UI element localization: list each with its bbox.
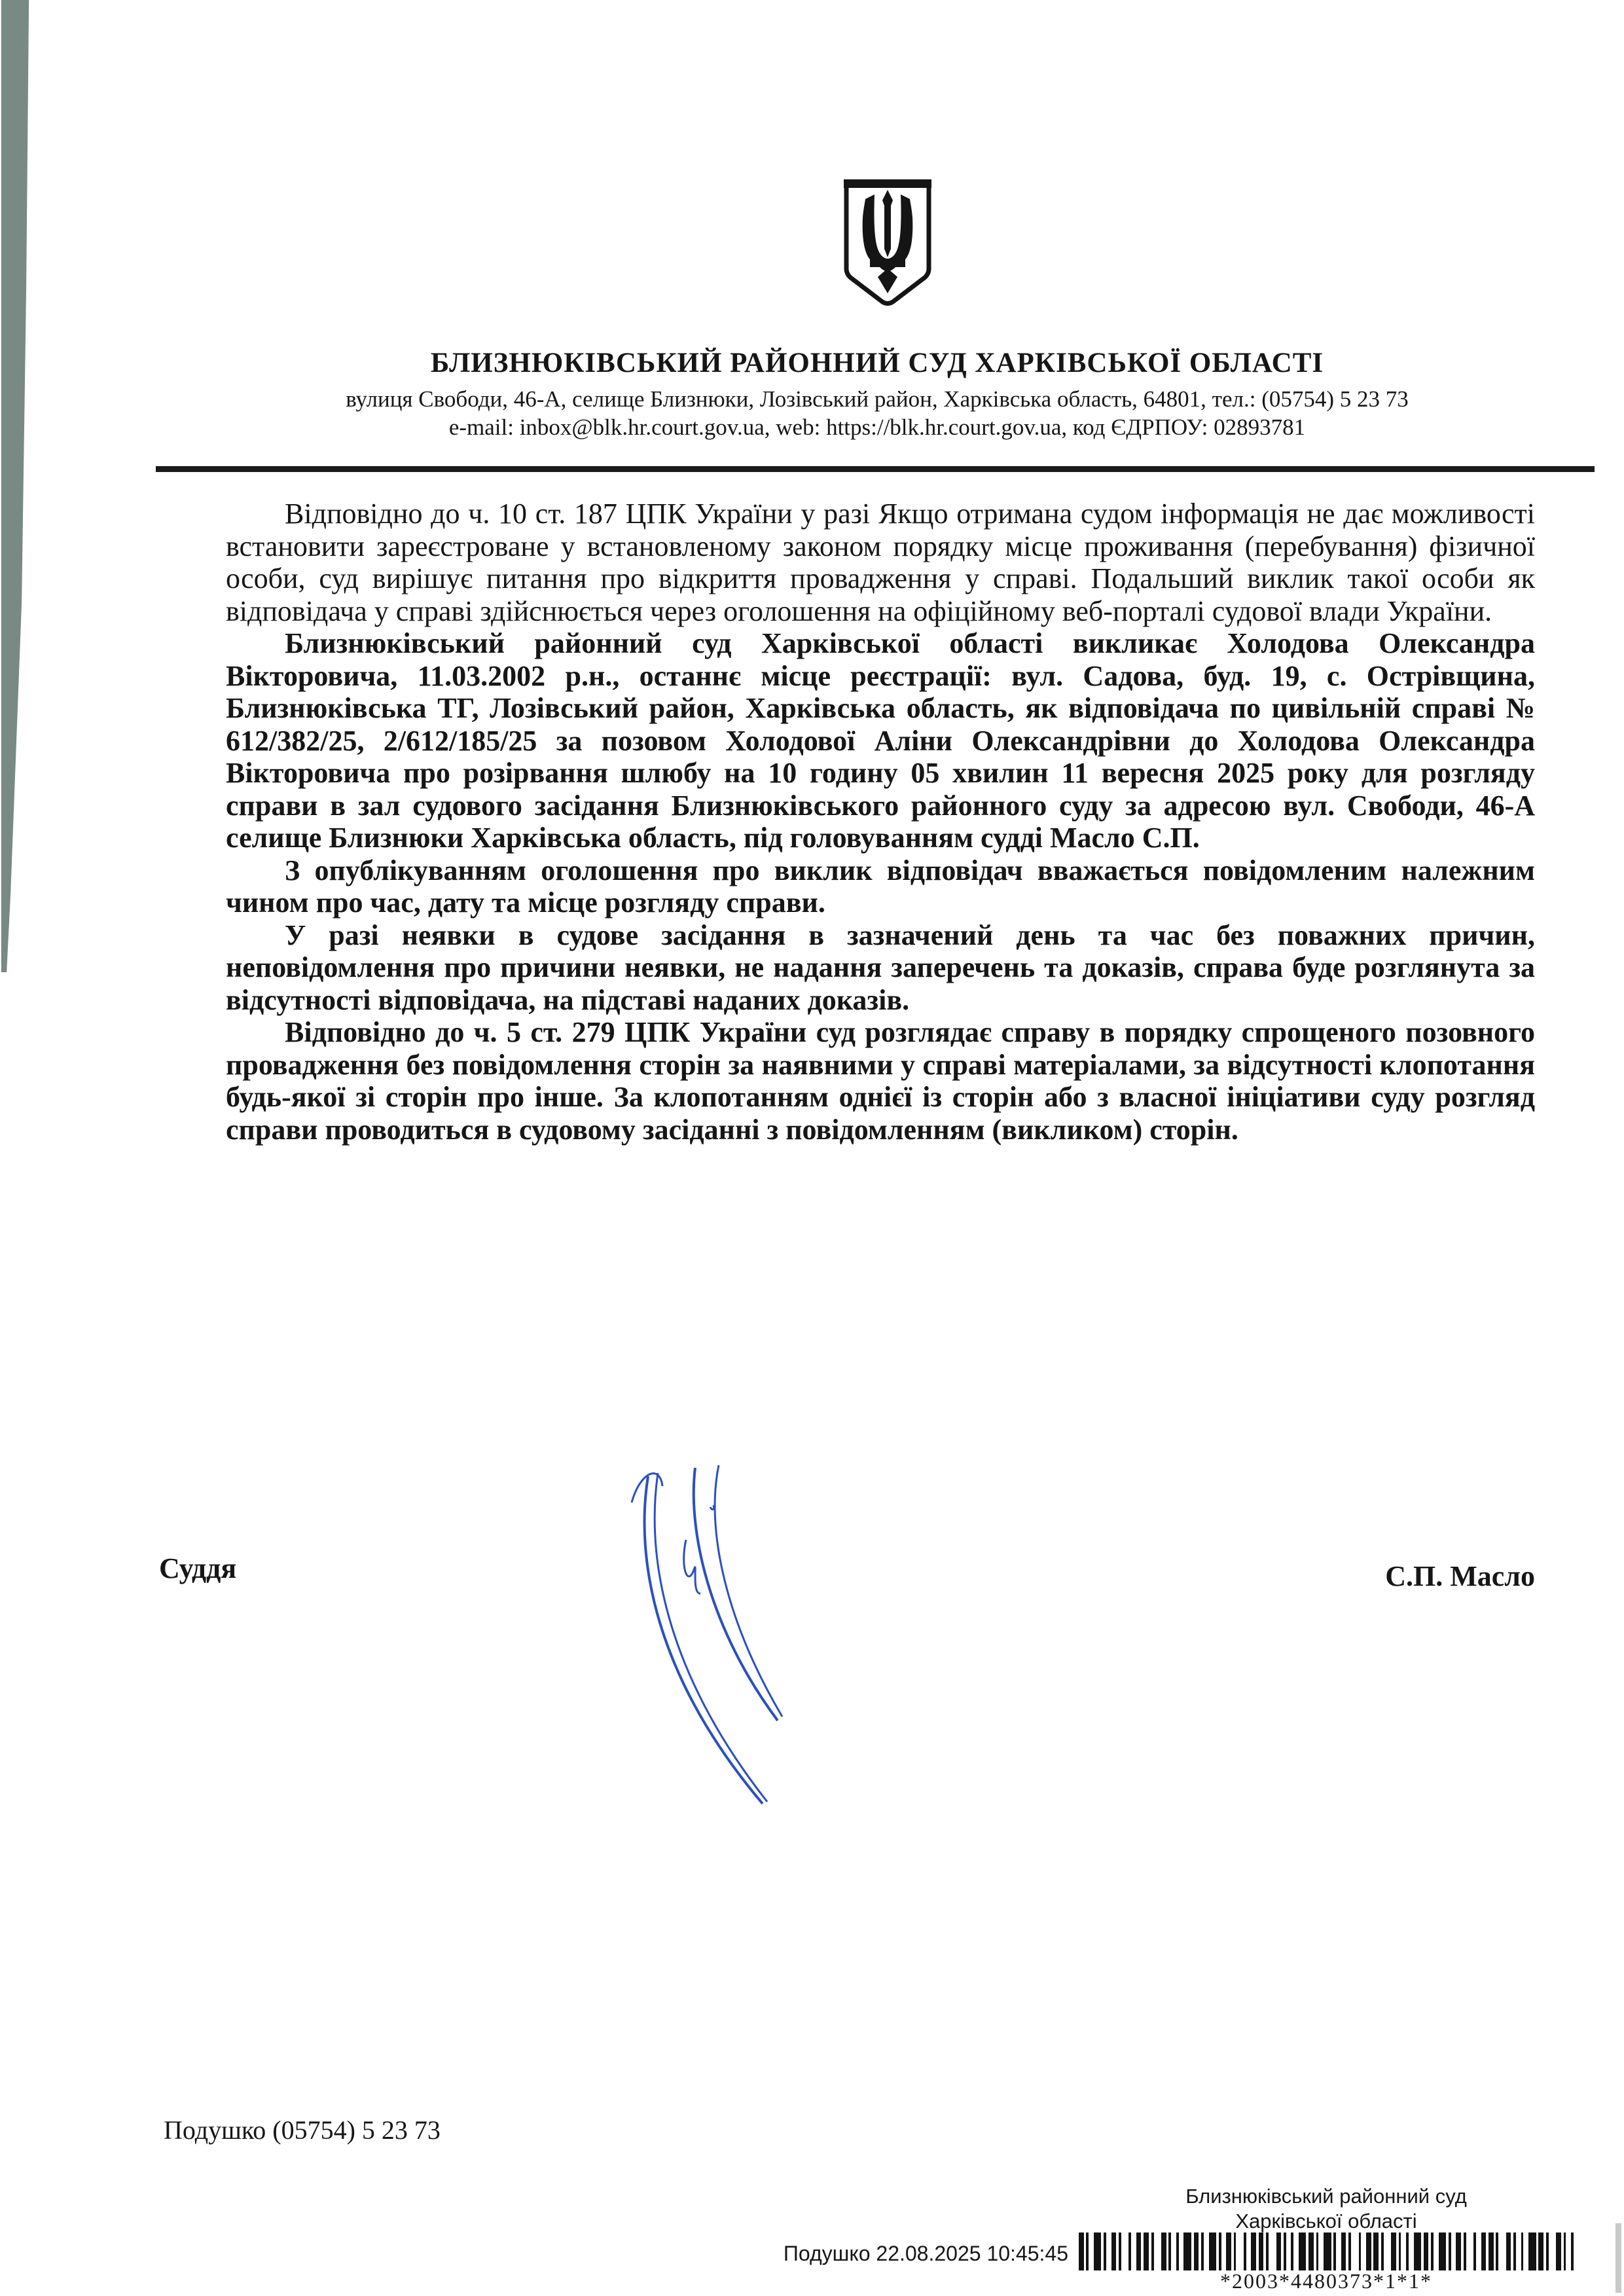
paragraph-simplified-procedure: Відповідно до ч. 5 ст. 279 ЦПК України с… <box>226 1016 1535 1146</box>
barcode-bar <box>1556 2232 1561 2270</box>
barcode-bar <box>1414 2232 1421 2270</box>
barcode-bar <box>1456 2232 1461 2270</box>
barcode-bar <box>1183 2232 1191 2270</box>
barcode-bar <box>1481 2232 1487 2270</box>
barcode-space <box>1089 2232 1094 2270</box>
clerk-phone-line: Подушко (05754) 5 23 73 <box>164 2115 441 2145</box>
barcode-bar <box>1144 2232 1149 2270</box>
barcode-space <box>1498 2232 1506 2270</box>
barcode-space <box>1179 2232 1184 2270</box>
barcode-space <box>1293 2232 1299 2270</box>
barcode-space <box>1204 2232 1209 2270</box>
barcode <box>1079 2232 1574 2270</box>
barcode-space <box>1409 2232 1414 2270</box>
barcode-space <box>1401 2232 1406 2270</box>
stamp-operator-datetime: Подушко 22.08.2025 10:45:45 <box>746 2242 1068 2266</box>
court-address-line: вулиця Свободи, 46-А, селище Близнюки, Л… <box>223 385 1532 413</box>
barcode-space <box>1131 2232 1136 2270</box>
barcode-space <box>1434 2232 1439 2270</box>
barcode-space <box>1523 2232 1528 2270</box>
barcode-bar <box>1079 2232 1084 2270</box>
barcode-bar <box>1094 2232 1101 2270</box>
scan-edge-artifact-right <box>1615 2223 1621 2293</box>
barcode-bar <box>1324 2232 1331 2270</box>
header-divider-rule <box>156 466 1595 472</box>
barcode-bar <box>1538 2232 1543 2270</box>
paragraph-publication-notice: З опублікуванням оголошення про виклик в… <box>226 854 1535 919</box>
barcode-bar <box>1259 2232 1264 2270</box>
barcode-space <box>1236 2232 1243 2270</box>
judge-name: С.П. Масло <box>1385 1559 1535 1593</box>
barcode-bar <box>1299 2232 1306 2270</box>
scan-edge-artifact <box>0 0 30 972</box>
barcode-bar <box>1308 2232 1314 2270</box>
barcode-bar <box>1226 2232 1231 2270</box>
barcode-space <box>1384 2232 1391 2270</box>
barcode-bar <box>1373 2232 1379 2270</box>
judge-signature-blue-ink <box>589 1453 825 1827</box>
barcode-space <box>1549 2232 1556 2270</box>
barcode-bar <box>1506 2232 1511 2270</box>
barcode-space <box>1246 2232 1252 2270</box>
barcode-space <box>1516 2232 1521 2270</box>
barcode-bar <box>1424 2232 1429 2270</box>
stamp-court-line1: Близнюківський районний суд <box>1079 2184 1574 2209</box>
registration-stamp-court-name: Близнюківський районний суд Харківської … <box>1079 2184 1574 2234</box>
barcode-space <box>1361 2232 1366 2270</box>
scanned-court-document: БЛИЗНЮКІВСЬКИЙ РАЙОННИЙ СУД ХАРКІВСЬКОЇ … <box>0 0 1624 2296</box>
barcode-space <box>1351 2232 1358 2270</box>
document-body: Відповідно до ч. 10 ст. 187 ЦПК України … <box>226 498 1535 1146</box>
ukraine-trident-emblem <box>841 173 934 308</box>
court-contact-line: e-mail: inbox@blk.hr.court.gov.ua, web: … <box>223 413 1532 441</box>
barcode-space <box>1476 2232 1481 2270</box>
barcode-bar <box>1571 2232 1574 2270</box>
barcode-bar <box>1194 2232 1199 2270</box>
court-title: БЛИЗНЮКІВСЬКИЙ РАЙОННИЙ СУД ХАРКІВСЬКОЇ … <box>223 346 1532 381</box>
barcode-space <box>1451 2232 1456 2270</box>
stamp-court-line2: Харківської області <box>1079 2209 1574 2234</box>
barcode-bar <box>1161 2232 1166 2270</box>
barcode-bar <box>1489 2232 1494 2270</box>
barcode-bar <box>1251 2232 1256 2270</box>
barcode-caption: *2003*4480373*1*1* <box>1079 2269 1574 2293</box>
paragraph-absence-warning: У разі неявки в судове засідання в зазна… <box>226 919 1535 1017</box>
paragraph-legal-basis: Відповідно до ч. 10 ст. 187 ЦПК України … <box>226 498 1535 627</box>
barcode-space <box>1221 2232 1227 2270</box>
judge-role-label: Суддя <box>159 1552 236 1585</box>
barcode-bar <box>1209 2232 1216 2270</box>
barcode-space <box>1269 2232 1276 2270</box>
barcode-bar <box>1366 2232 1371 2270</box>
barcode-bar <box>1439 2232 1446 2270</box>
barcode-space <box>1318 2232 1324 2270</box>
barcode-bar <box>1111 2232 1117 2270</box>
barcode-bar <box>1136 2232 1142 2270</box>
barcode-bar <box>1276 2232 1282 2270</box>
barcode-bar <box>1341 2232 1346 2270</box>
barcode-space <box>1466 2232 1473 2270</box>
paragraph-summons: Близнюківський районний суд Харківської … <box>226 627 1535 854</box>
barcode-space <box>1154 2232 1161 2270</box>
barcode-bar <box>1528 2232 1536 2270</box>
barcode-space <box>1106 2232 1111 2270</box>
barcode-space <box>1121 2232 1128 2270</box>
barcode-bar <box>1391 2232 1396 2270</box>
barcode-space <box>1336 2232 1341 2270</box>
document-header: БЛИЗНЮКІВСЬКИЙ РАЙОННИЙ СУД ХАРКІВСЬКОЇ … <box>223 346 1532 441</box>
barcode-space <box>1566 2232 1571 2270</box>
barcode-space <box>1286 2232 1291 2270</box>
barcode-space <box>1171 2232 1176 2270</box>
